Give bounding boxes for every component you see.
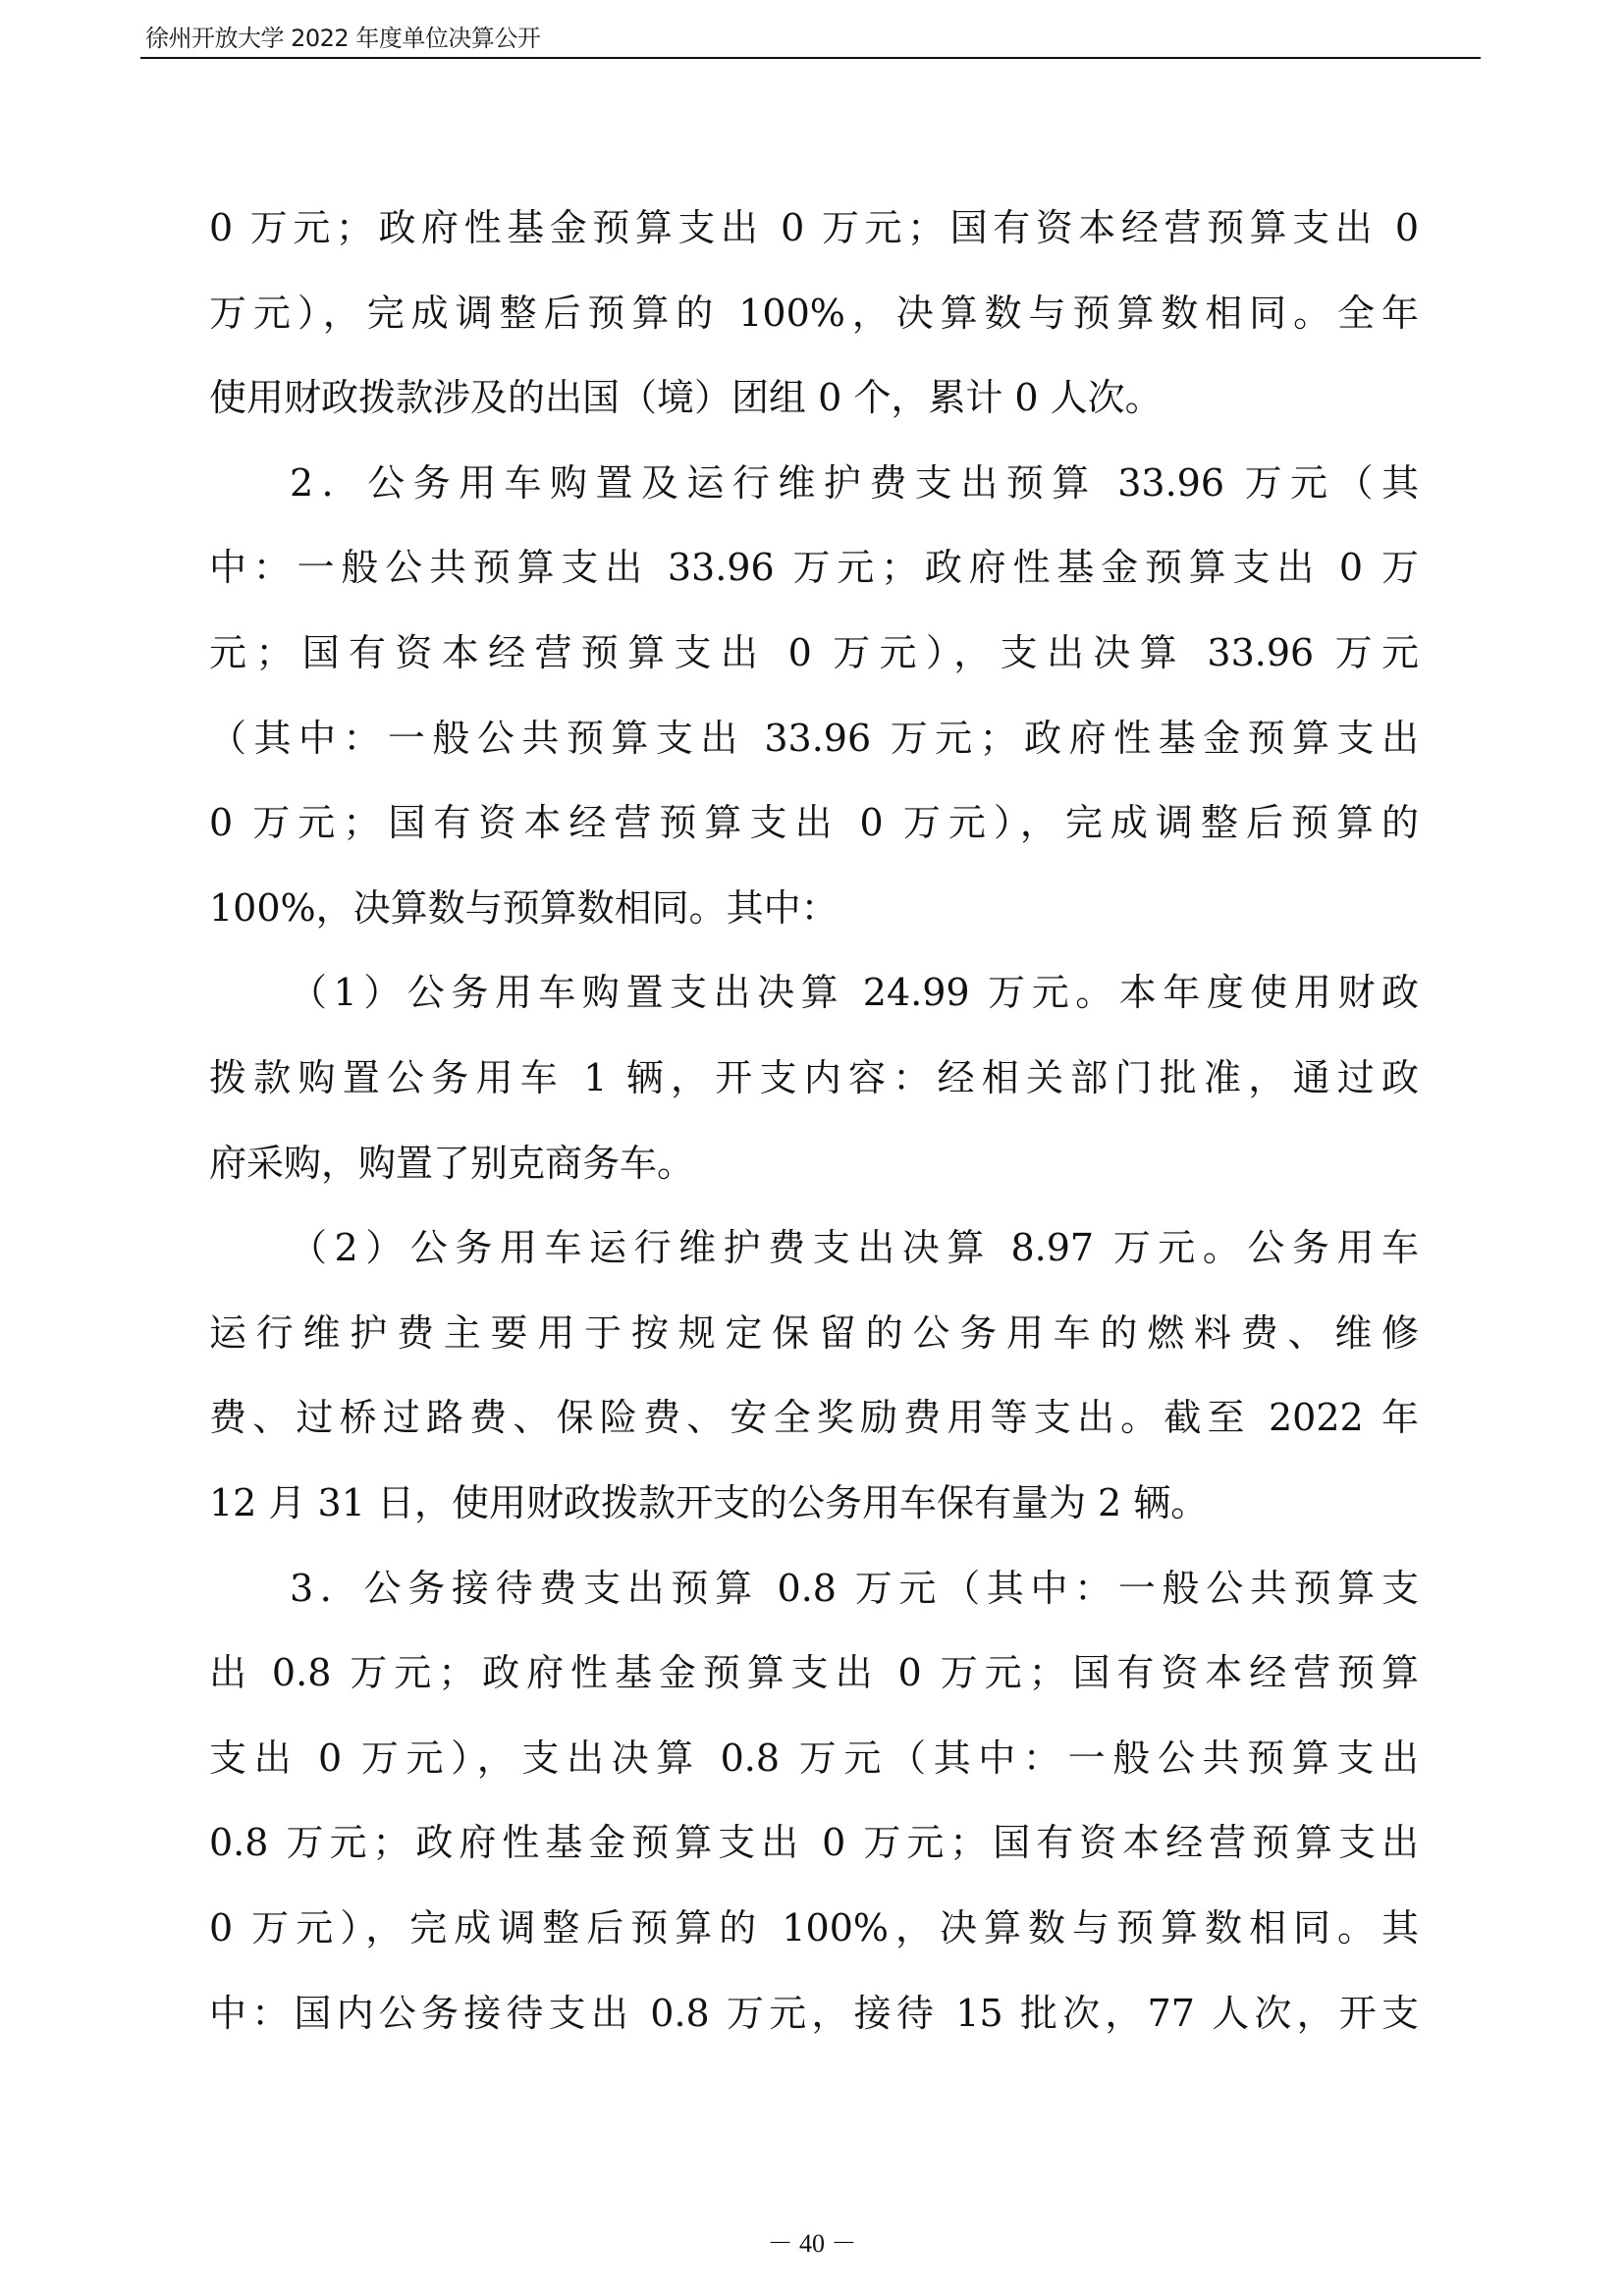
text-line: 中：一般公共预算支出 33.96 万元；政府性基金预算支出 0 万 xyxy=(209,540,1419,595)
text-line: 12 月 31 日，使用财政拨款开支的公务用车保有量为 2 辆。 xyxy=(209,1475,1419,1530)
text-line: 0 万元；政府性基金预算支出 0 万元；国有资本经营预算支出 0 xyxy=(209,200,1419,255)
header-divider xyxy=(140,57,1481,59)
text-line: （2）公务用车运行维护费支出决算 8.97 万元。公务用车 xyxy=(290,1220,1419,1275)
text-line: 万元），完成调整后预算的 100%，决算数与预算数相同。全年 xyxy=(209,286,1419,341)
text-line: 100%，决算数与预算数相同。其中： xyxy=(209,881,1419,935)
text-line: 出 0.8 万元；政府性基金预算支出 0 万元；国有资本经营预算 xyxy=(209,1645,1419,1700)
text-line: 元；国有资本经营预算支出 0 万元），支出决算 33.96 万元 xyxy=(209,625,1419,680)
text-line: 3．公务接待费支出预算 0.8 万元（其中：一般公共预算支 xyxy=(290,1561,1419,1616)
text-line: 运行维护费主要用于按规定保留的公务用车的燃料费、维修 xyxy=(209,1306,1419,1361)
text-line: 府采购，购置了别克商务车。 xyxy=(209,1136,1419,1191)
text-line: 0.8 万元；政府性基金预算支出 0 万元；国有资本经营预算支出 xyxy=(209,1815,1419,1870)
text-line: 拨款购置公务用车 1 辆，开支内容：经相关部门批准，通过政 xyxy=(209,1050,1419,1105)
header-title: 徐州开放大学 2022 年度单位决算公开 xyxy=(145,24,540,53)
text-line: 支出 0 万元），支出决算 0.8 万元（其中：一般公共预算支出 xyxy=(209,1731,1419,1786)
text-line: （其中：一般公共预算支出 33.96 万元；政府性基金预算支出 xyxy=(209,711,1419,766)
text-line: 使用财政拨款涉及的出国（境）团组 0 个，累计 0 人次。 xyxy=(209,370,1419,425)
text-line: 中：国内公务接待支出 0.8 万元，接待 15 批次，77 人次，开支 xyxy=(209,1986,1419,2041)
text-line: （1）公务用车购置支出决算 24.99 万元。本年度使用财政 xyxy=(290,965,1419,1020)
text-line: 2．公务用车购置及运行维护费支出预算 33.96 万元（其 xyxy=(290,455,1419,510)
text-line: 0 万元；国有资本经营预算支出 0 万元），完成调整后预算的 xyxy=(209,795,1419,850)
text-line: 0 万元），完成调整后预算的 100%，决算数与预算数相同。其 xyxy=(209,1900,1419,1955)
text-line: 费、过桥过路费、保险费、安全奖励费用等支出。截至 2022 年 xyxy=(209,1390,1419,1445)
page-number: － 40 － xyxy=(0,2228,1624,2260)
